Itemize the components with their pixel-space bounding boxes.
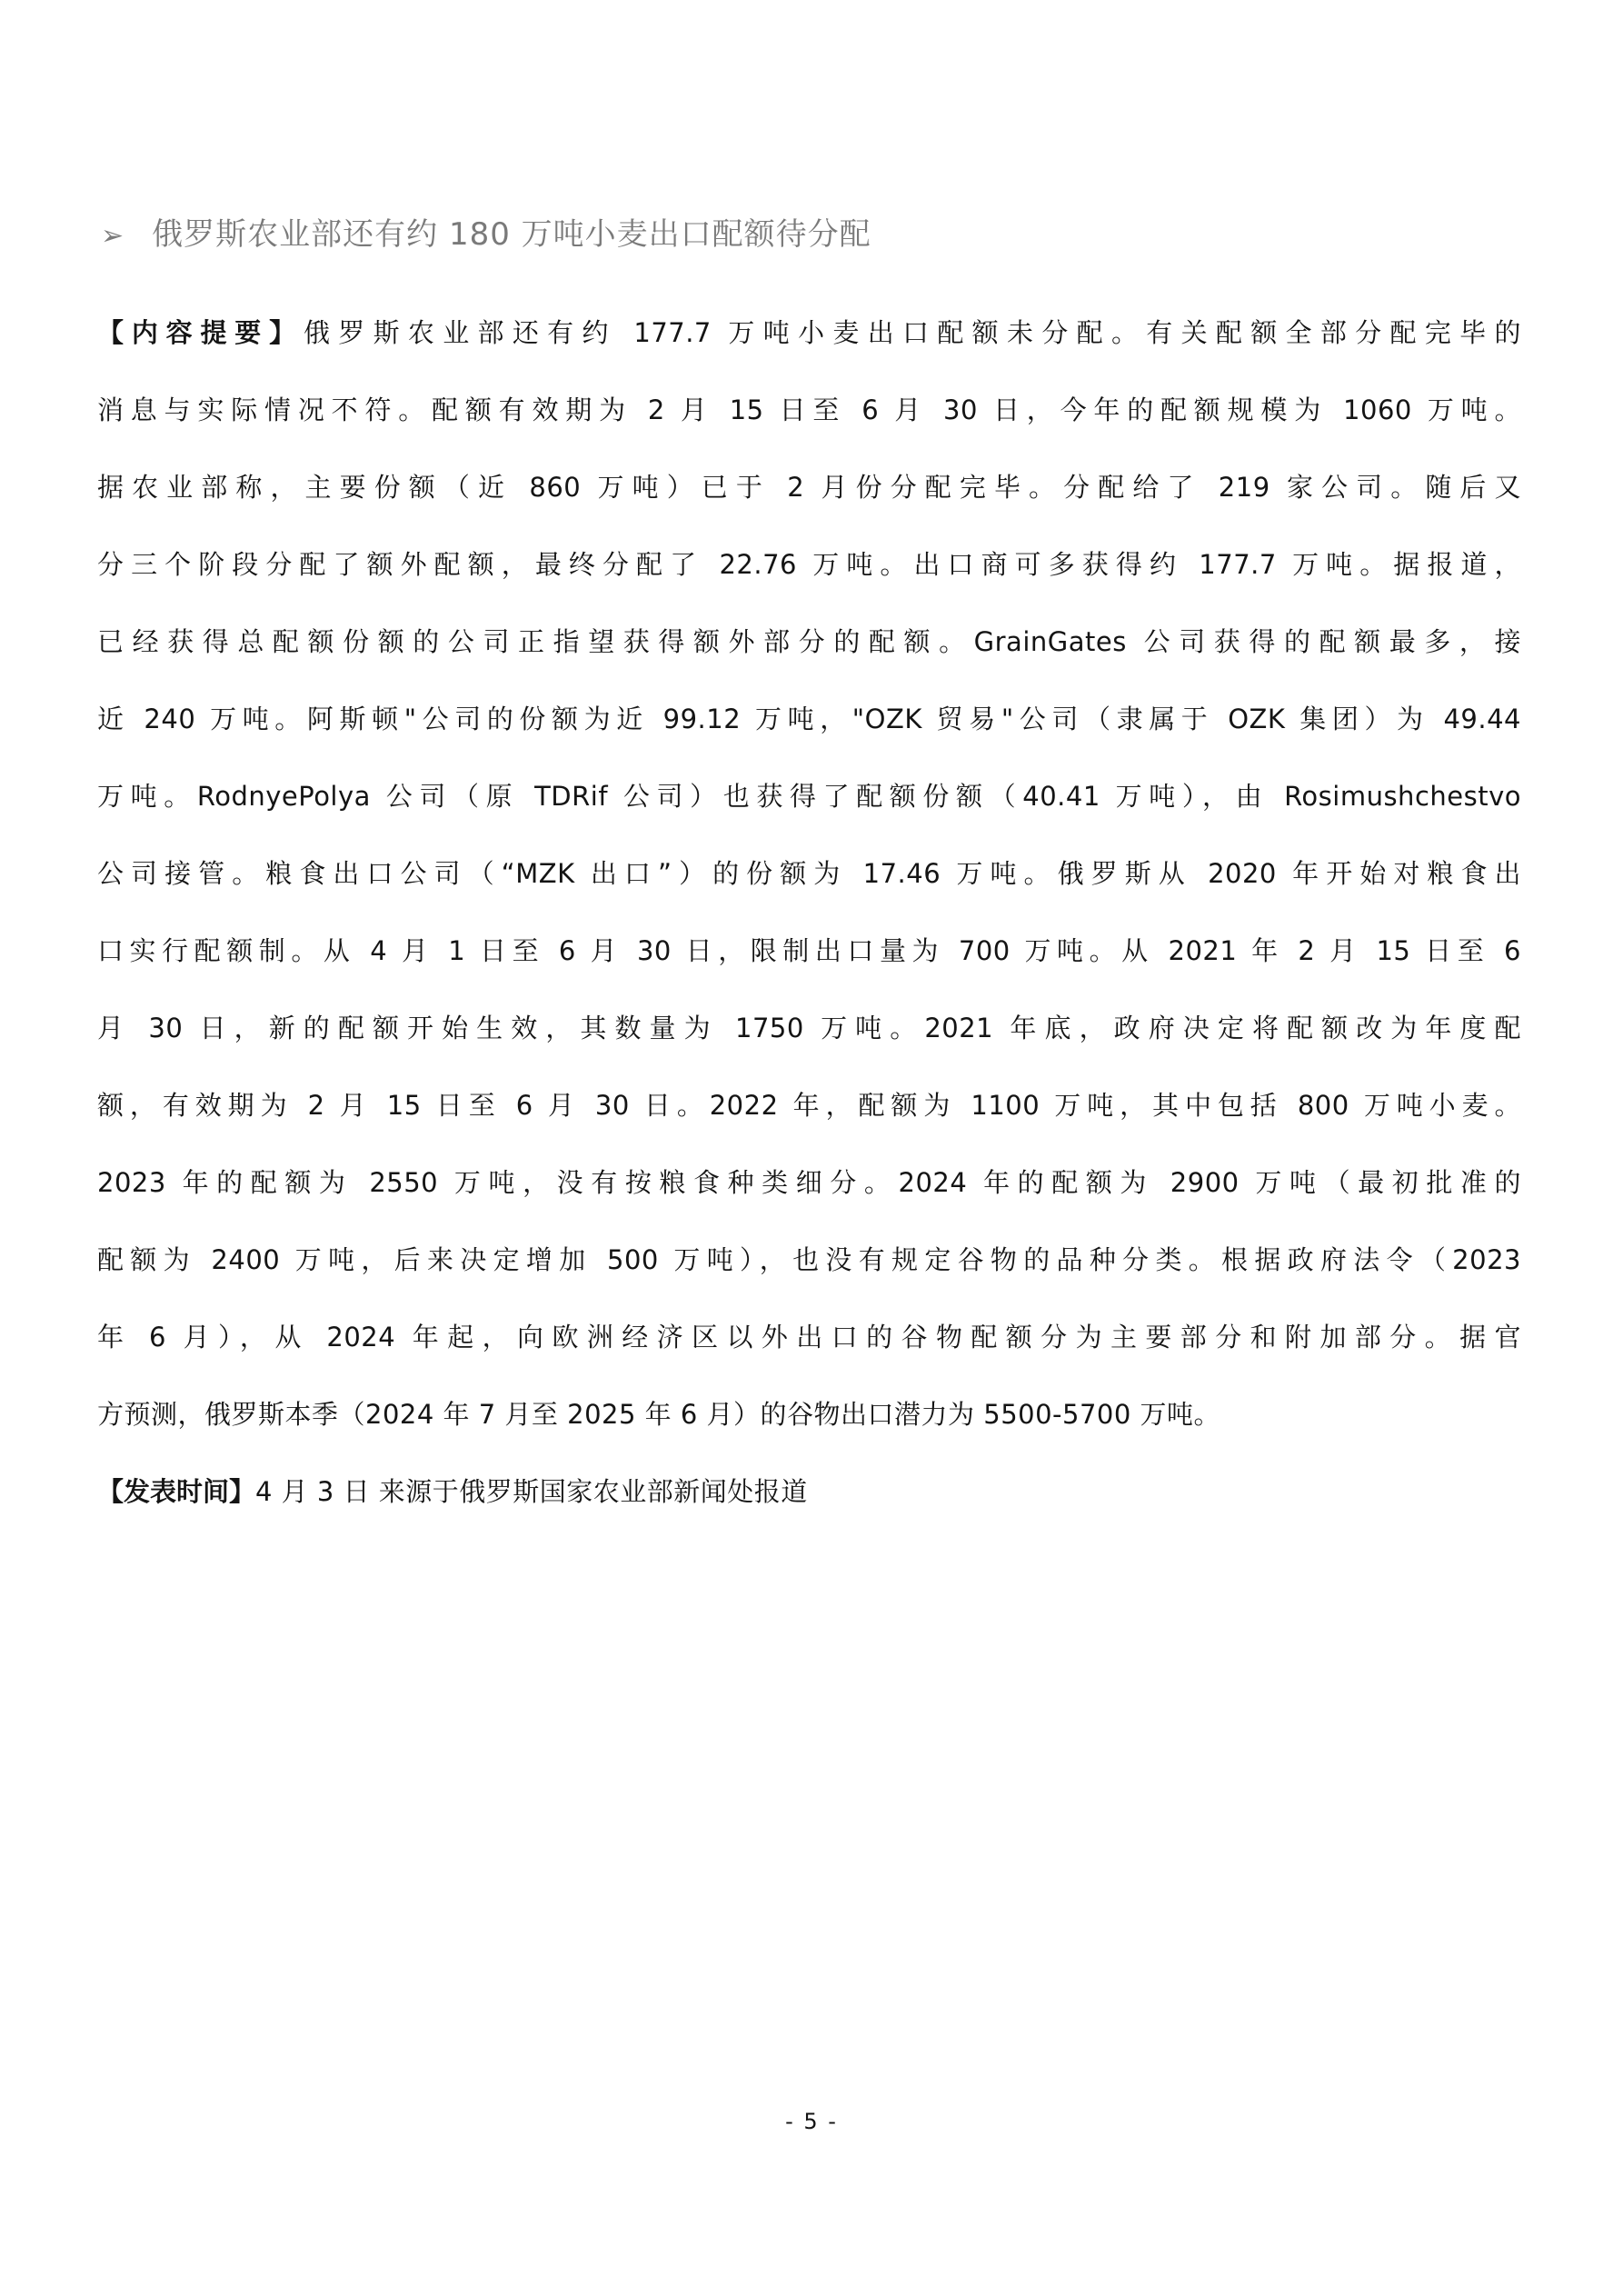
- summary-line: 已经获得总配额份额的公司正指望获得额外部分的配额。GrainGates 公司获得…: [97, 604, 1521, 681]
- summary-last-line: 方预测，俄罗斯本季（2024 年 7 月至 2025 年 6 月）的谷物出口潜力…: [97, 1376, 1521, 1453]
- summary-line: 配额为 2400 万吨，后来决定增加 500 万吨），也没有规定谷物的品种分类。…: [97, 1222, 1521, 1299]
- section-heading-text: 俄罗斯农业部还有约 180 万吨小麦出口配额待分配: [152, 215, 871, 256]
- document-content: ➢ 俄罗斯农业部还有约 180 万吨小麦出口配额待分配 【内容提要】俄罗斯农业部…: [97, 215, 1521, 1531]
- publish-text: 4 月 3 日 来源于俄罗斯国家农业部新闻处报道: [255, 1476, 808, 1507]
- summary-line: 据农业部称，主要份额（近 860 万吨）已于 2 月份分配完毕。分配给了 219…: [97, 449, 1521, 526]
- summary-line: 口实行配额制。从 4 月 1 日至 6 月 30 日，限制出口量为 700 万吨…: [97, 913, 1521, 990]
- summary-line: 2023 年的配额为 2550 万吨，没有按粮食种类细分。2024 年的配额为 …: [97, 1144, 1521, 1222]
- summary-line: 分三个阶段分配了额外配额，最终分配了 22.76 万吨。出口商可多获得约 177…: [97, 526, 1521, 604]
- summary-line: 额，有效期为 2 月 15 日至 6 月 30 日。2022 年，配额为 110…: [97, 1067, 1521, 1144]
- publish-label: 【发表时间】: [97, 1476, 255, 1507]
- summary-line: 年 6 月），从 2024 年起，向欧洲经济区以外出口的谷物配额分为主要部分和附…: [97, 1299, 1521, 1376]
- section-heading: ➢ 俄罗斯农业部还有约 180 万吨小麦出口配额待分配: [97, 215, 1521, 256]
- summary-first-line-text: 俄罗斯农业部还有约 177.7 万吨小麦出口配额未分配。有关配额全部分配完毕的: [304, 317, 1521, 348]
- summary-line: 月 30 日，新的配额开始生效，其数量为 1750 万吨。2021 年底，政府决…: [97, 990, 1521, 1067]
- summary-line: 近 240 万吨。阿斯顿"公司的份额为近 99.12 万吨，"OZK 贸易"公司…: [97, 681, 1521, 758]
- summary-first-line: 【内容提要】俄罗斯农业部还有约 177.7 万吨小麦出口配额未分配。有关配额全部…: [97, 294, 1521, 372]
- document-page: ➢ 俄罗斯农业部还有约 180 万吨小麦出口配额待分配 【内容提要】俄罗斯农业部…: [0, 0, 1623, 2296]
- summary-line: 万吨。RodnyePolya 公司（原 TDRif 公司）也获得了配额份额（40…: [97, 758, 1521, 835]
- summary-line: 消息与实际情况不符。配额有效期为 2 月 15 日至 6 月 30 日，今年的配…: [97, 372, 1521, 449]
- arrow-bullet-icon: ➢: [101, 218, 124, 255]
- page-number: - 5 -: [0, 2109, 1623, 2134]
- summary-line: 公司接管。粮食出口公司（“MZK 出口”）的份额为 17.46 万吨。俄罗斯从 …: [97, 835, 1521, 913]
- summary-paragraph: 【内容提要】俄罗斯农业部还有约 177.7 万吨小麦出口配额未分配。有关配额全部…: [97, 294, 1521, 1531]
- summary-lines: 消息与实际情况不符。配额有效期为 2 月 15 日至 6 月 30 日，今年的配…: [97, 372, 1521, 1376]
- summary-label: 【内容提要】: [97, 317, 304, 348]
- publish-line: 【发表时间】4 月 3 日 来源于俄罗斯国家农业部新闻处报道: [97, 1453, 1521, 1531]
